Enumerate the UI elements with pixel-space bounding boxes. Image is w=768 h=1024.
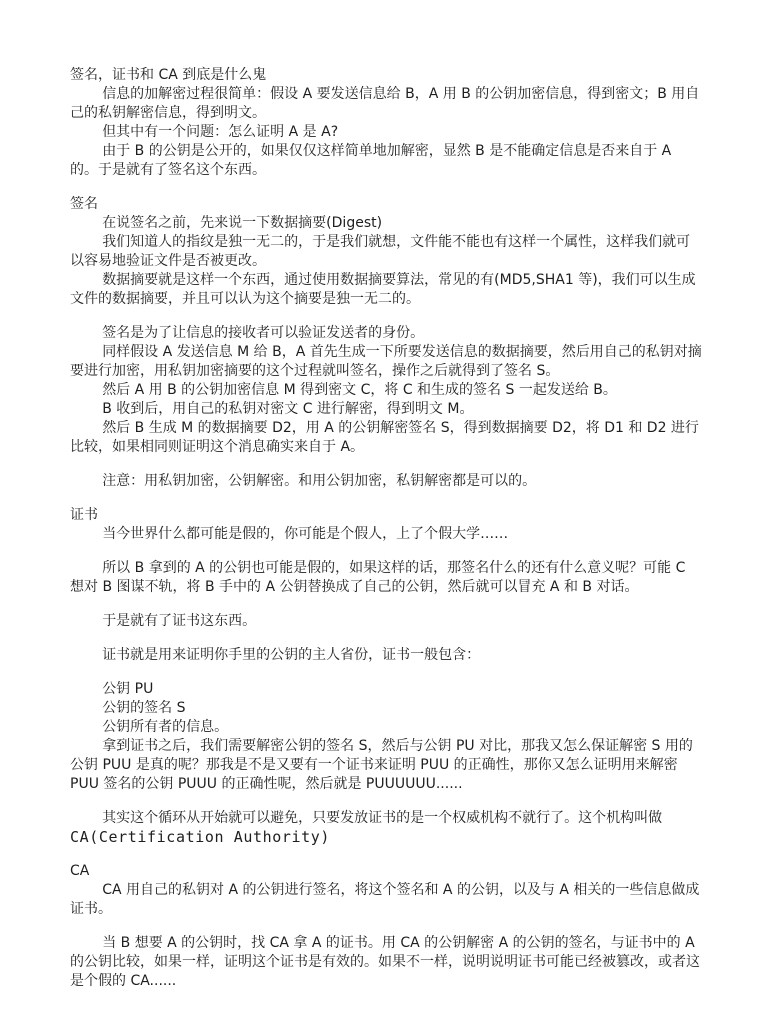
paragraph: 拿到证书之后，我们需要解密公钥的签名 S，然后与公钥 PU 对比，那我又怎么保证…	[70, 737, 702, 794]
document-page: 签名，证书和 CA 到底是什么鬼信息的加解密过程很简单：假设 A 要发送信息给 …	[0, 0, 768, 1024]
paragraph: 然后 A 用 B 的公钥加密信息 M 得到密文 C，将 C 和生成的签名 S 一…	[70, 381, 702, 400]
ca-authority-line: CA(Certification Authority)	[70, 828, 702, 847]
paragraph: 但其中有一个问题：怎么证明 A 是 A?	[70, 123, 702, 142]
section-heading: CA	[70, 862, 702, 881]
paragraph: 同样假设 A 发送信息 M 给 B，A 首先生成一下所要发送信息的数据摘要，然后…	[70, 343, 702, 381]
doc-title: 签名，证书和 CA 到底是什么鬼	[70, 66, 702, 85]
section-heading: 签名	[70, 195, 702, 214]
document-content: 签名，证书和 CA 到底是什么鬼信息的加解密过程很简单：假设 A 要发送信息给 …	[70, 66, 702, 991]
paragraph: 当今世界什么都可能是假的，你可能是个假人，上了个假大学……	[70, 525, 702, 544]
paragraph: 公钥 PU	[70, 680, 702, 699]
paragraph: 公钥的签名 S	[70, 699, 702, 718]
paragraph: 于是就有了证书这东西。	[70, 612, 702, 631]
paragraph: 由于 B 的公钥是公开的，如果仅仅这样简单地加解密，显然 B 是不能确定信息是否…	[70, 142, 702, 180]
paragraph: 签名是为了让信息的接收者可以验证发送者的身份。	[70, 324, 702, 343]
paragraph: B 收到后，用自己的私钥对密文 C 进行解密，得到明文 M。	[70, 400, 702, 419]
paragraph: 信息的加解密过程很简单：假设 A 要发送信息给 B，A 用 B 的公钥加密信息，…	[70, 85, 702, 123]
paragraph: 注意：用私钥加密，公钥解密。和用公钥加密，私钥解密都是可以的。	[70, 472, 702, 491]
paragraph: 当 B 想要 A 的公钥时，找 CA 拿 A 的证书。用 CA 的公钥解密 A …	[70, 934, 702, 991]
paragraph: 其实这个循环从开始就可以避免，只要发放证书的是一个权威机构不就行了。这个机构叫做	[70, 809, 702, 828]
paragraph: 所以 B 拿到的 A 的公钥也可能是假的，如果这样的话，那签名什么的还有什么意义…	[70, 559, 702, 597]
paragraph: 我们知道人的指纹是独一无二的，于是我们就想，文件能不能也有这样一个属性，这样我们…	[70, 233, 702, 271]
paragraph: CA 用自己的私钥对 A 的公钥进行签名，将这个签名和 A 的公钥，以及与 A …	[70, 881, 702, 919]
paragraph: 数据摘要就是这样一个东西，通过使用数据摘要算法，常见的有(MD5,SHA1 等)…	[70, 271, 702, 309]
paragraph: 公钥所有者的信息。	[70, 718, 702, 737]
section-heading: 证书	[70, 506, 702, 525]
paragraph: 然后 B 生成 M 的数据摘要 D2，用 A 的公钥解密签名 S，得到数据摘要 …	[70, 419, 702, 457]
paragraph: 证书就是用来证明你手里的公钥的主人省份，证书一般包含：	[70, 646, 702, 665]
paragraph: 在说签名之前，先来说一下数据摘要(Digest)	[70, 214, 702, 233]
